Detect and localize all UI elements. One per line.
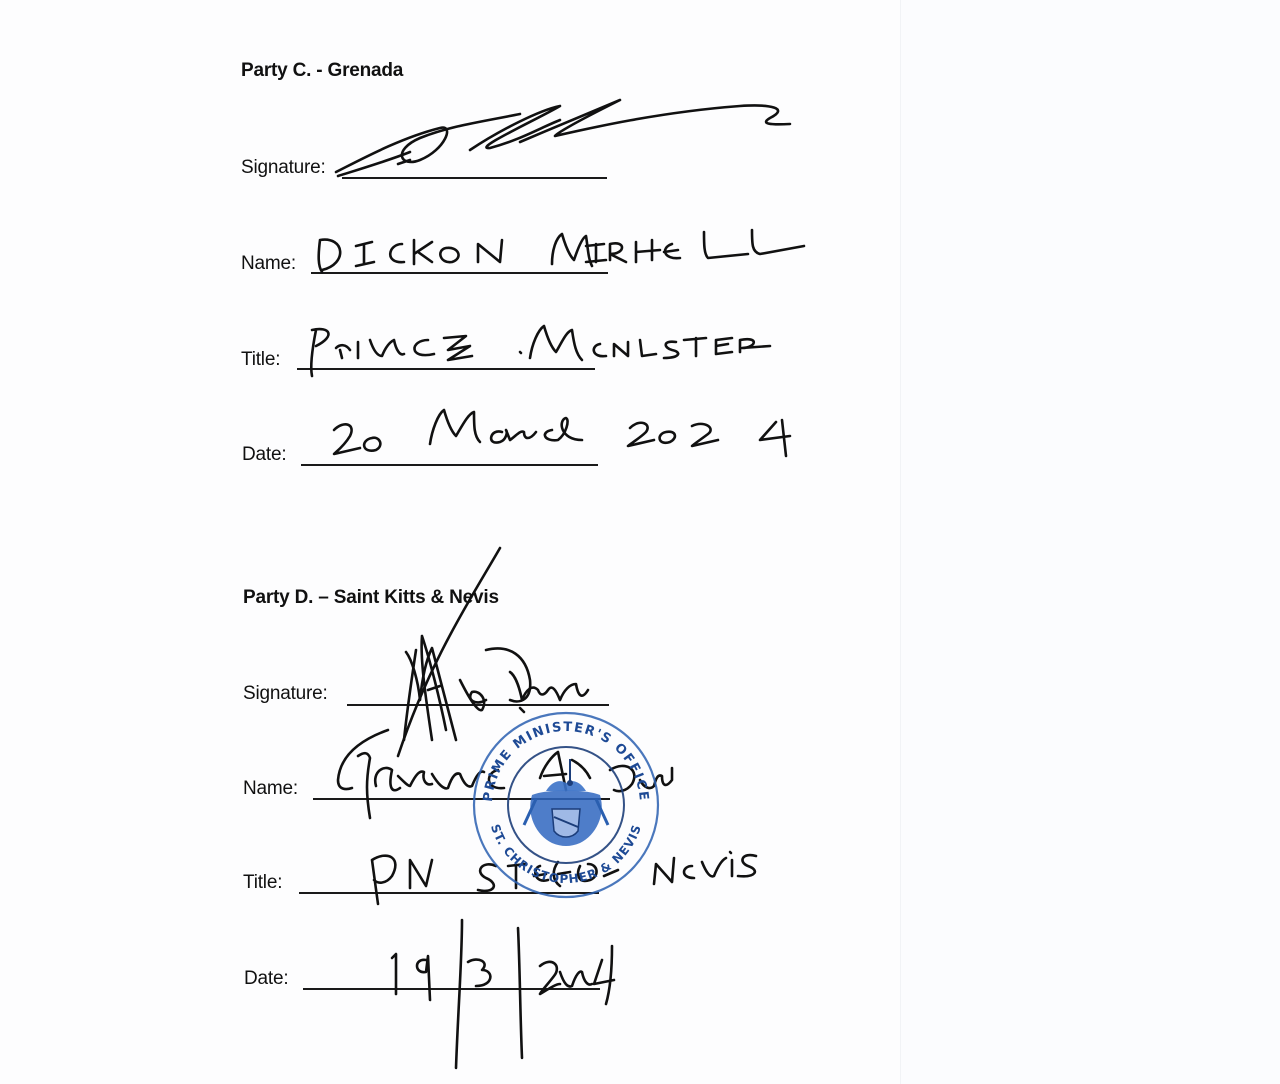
party-d-date-label: Date:	[244, 968, 288, 990]
party-d-date	[392, 920, 614, 1068]
party-c-signature-label: Signature:	[241, 157, 326, 179]
party-d-date-line	[303, 988, 600, 990]
page-margin-panel	[900, 0, 1280, 1084]
party-c-signature	[336, 100, 790, 176]
party-c-date-label: Date:	[242, 444, 286, 466]
stamp-bottom-text: ST. CHRISTOPHER & NEVIS	[488, 822, 644, 886]
party-d-name-label: Name:	[243, 778, 298, 800]
stamp-top-text: PRIME MINISTER'S OFFICE	[481, 720, 651, 803]
party-c-heading: Party C. - Grenada	[241, 60, 403, 82]
party-c-title-line	[297, 368, 595, 370]
party-c-date-line	[301, 464, 598, 466]
party-d-title-line	[299, 892, 599, 894]
party-c-name-label: Name:	[241, 253, 296, 275]
official-stamp: PRIME MINISTER'S OFFICE ST. CHRISTOPHER …	[474, 713, 658, 897]
party-c-title-label: Title:	[241, 349, 280, 371]
party-c-date	[334, 410, 790, 456]
coat-of-arms-icon	[524, 759, 608, 846]
party-c-name	[319, 230, 804, 272]
party-d-signature-line	[347, 704, 609, 706]
party-d-heading: Party D. – Saint Kitts & Nevis	[243, 587, 499, 609]
party-d-signature	[398, 548, 588, 756]
document-page: Party C. - Grenada Signature: Name: Titl…	[0, 0, 1280, 1084]
party-d-name-line	[313, 798, 610, 800]
party-c-signature-line	[342, 177, 607, 179]
party-d-title-label: Title:	[243, 872, 282, 894]
party-d-name	[338, 730, 672, 818]
party-d-signature-label: Signature:	[243, 683, 328, 705]
party-c-name-line	[311, 272, 608, 274]
party-d-title	[372, 852, 756, 904]
